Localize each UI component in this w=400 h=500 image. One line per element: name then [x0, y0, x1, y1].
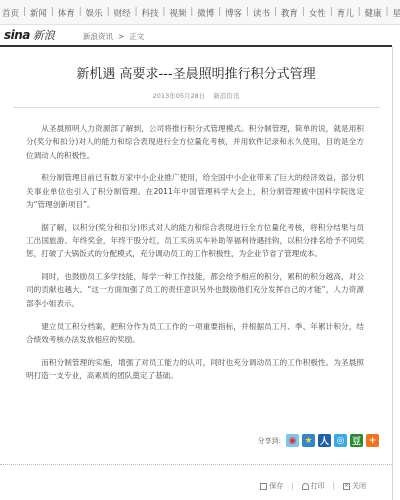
kaixin-icon[interactable]: ◎ [334, 434, 347, 447]
douban-icon[interactable]: 豆 [350, 434, 363, 447]
nav-item[interactable]: 新闻 [26, 7, 51, 19]
article-meta: 2013年05月28日 新浪资讯 [0, 91, 392, 100]
nav-item[interactable]: 财经 [110, 7, 135, 19]
close-icon: × [343, 483, 350, 490]
paragraph: 同时，也鼓励员工多学技能，每学一种工作技能，都会给予相应的积分，累积的积分越高，… [26, 270, 364, 310]
more-share-icon[interactable]: + [366, 434, 379, 447]
renren-icon[interactable]: 人 [318, 434, 331, 447]
article-title: 新机遇 高要求---圣晨照明推行积分式管理 [0, 63, 392, 82]
breadcrumb-current: 正文 [129, 32, 144, 41]
tools-separator: | [333, 482, 335, 490]
weibo-icon[interactable]: ◉ [286, 434, 299, 447]
paragraph: 从圣晨照明人力资源部了解到，公司将推行积分式管理模式。积分制管理，简单的说，就是… [26, 122, 364, 162]
top-nav-list: 首页|新闻|体育|娱乐|财经|科技|视频|微博|博客|读书|教育|女性|育儿|健… [0, 7, 400, 19]
breadcrumb-separator: > [118, 32, 124, 41]
paragraph: 据了解，以积分(奖分和扣分)形式对人的能力和综合表现进行全方位量化考核，将积分结… [26, 221, 364, 261]
qzone-star-icon[interactable]: ★ [302, 434, 315, 447]
title-divider [13, 107, 380, 108]
footer-divider [0, 464, 392, 465]
share-label: 分享到: [258, 436, 281, 446]
logo-latin: sina [4, 28, 30, 42]
nav-item[interactable]: 女性 [305, 7, 330, 19]
print-label: 打印 [311, 481, 325, 491]
article-body: 从圣晨照明人力资源部了解到，公司将推行积分式管理模式。积分制管理，简单的说，就是… [26, 122, 364, 392]
paragraph: 积分制管理目前已有数万家中小企业推广使用，给全国中小企业带来了巨大的经济效益，部… [26, 171, 364, 211]
paragraph: 建立员工积分档案，把积分作为员工工作的一项重要指标，并根据员工月、季、年累计积分… [26, 320, 364, 347]
nav-item[interactable]: 教育 [277, 7, 302, 19]
close-button[interactable]: × 关闭 [343, 481, 366, 491]
save-icon [260, 483, 267, 490]
print-button[interactable]: 打印 [302, 481, 325, 491]
nav-item[interactable]: 健康 [361, 7, 386, 19]
article-date: 2013年05月28日 [153, 92, 206, 100]
logo-chinese: 新浪 [33, 27, 55, 43]
share-bar: 分享到: ◉★人◎豆+ [258, 434, 379, 447]
top-navigation: 首页|新闻|体育|娱乐|财经|科技|视频|微博|博客|读书|教育|女性|育儿|健… [0, 0, 400, 25]
nav-item[interactable]: 科技 [137, 7, 162, 19]
nav-item[interactable]: 娱乐 [82, 7, 107, 19]
close-label: 关闭 [352, 481, 366, 491]
article-page: 新机遇 高要求---圣晨照明推行积分式管理 2013年05月28日 新浪资讯 从… [0, 47, 393, 500]
nav-item[interactable]: 读书 [249, 7, 274, 19]
print-icon [302, 483, 309, 490]
breadcrumb: 新浪资讯>正文 [83, 31, 149, 42]
site-header: sina 新浪 新浪资讯>正文 [0, 25, 400, 43]
nav-item[interactable]: 星座 [388, 7, 400, 19]
nav-item[interactable]: 微博 [193, 7, 218, 19]
article-source: 新浪资讯 [213, 92, 239, 100]
save-button[interactable]: 保存 [260, 481, 283, 491]
nav-item[interactable]: 博客 [221, 7, 246, 19]
sina-logo[interactable]: sina 新浪 [4, 27, 55, 43]
breadcrumb-home-link[interactable]: 新浪资讯 [83, 32, 113, 41]
save-label: 保存 [269, 481, 283, 491]
paragraph: 而积分制管理的实施，增强了对员工能力的认可，同时也充分调动员工的工作积极性。为圣… [26, 356, 364, 383]
nav-item[interactable]: 体育 [54, 7, 79, 19]
tools-separator: | [291, 482, 293, 490]
nav-item[interactable]: 视频 [165, 7, 190, 19]
nav-item[interactable]: 育儿 [333, 7, 358, 19]
nav-item[interactable]: 首页 [0, 7, 23, 19]
article-tools: 保存 | 打印 | × 关闭 [260, 481, 366, 491]
